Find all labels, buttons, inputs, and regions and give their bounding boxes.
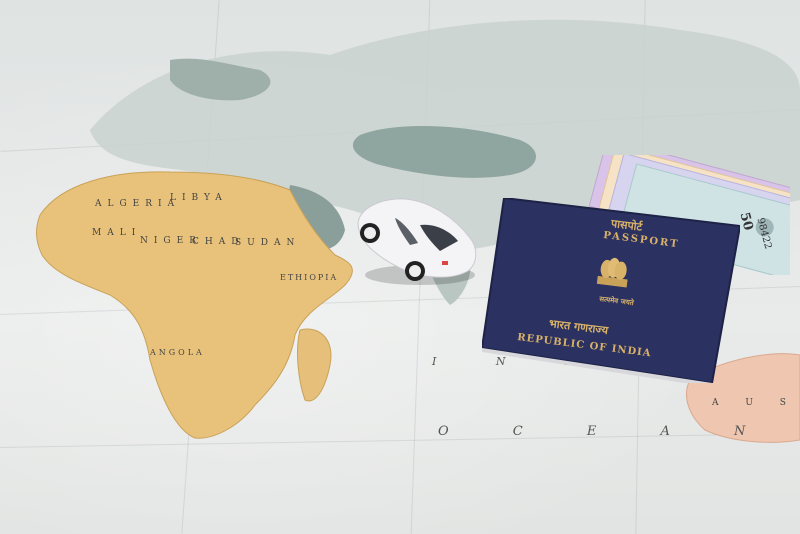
map-label-ocean: O C E A N xyxy=(438,424,775,439)
madagascar xyxy=(298,329,331,401)
map-label-angola: ANGOLA xyxy=(150,348,205,357)
map-label-australia: A U S xyxy=(712,398,798,408)
toy-car xyxy=(350,193,480,288)
passport: पासपोर्ट PASSPORT सत्यमेव जयते भारत गणरा… xyxy=(482,198,740,383)
photo-scene: ALGERIA LIBYA MALI NIGER CHAD SUDAN ETHI… xyxy=(0,0,800,534)
map-label-libya: LIBYA xyxy=(170,193,228,203)
map-label-sudan: SUDAN xyxy=(235,238,300,248)
map-label-ethiopia: ETHIOPIA xyxy=(280,273,338,282)
map-label-mali: MALI xyxy=(92,228,141,238)
car-tail-light xyxy=(442,261,448,265)
map-label-algeria: ALGERIA xyxy=(95,199,180,209)
